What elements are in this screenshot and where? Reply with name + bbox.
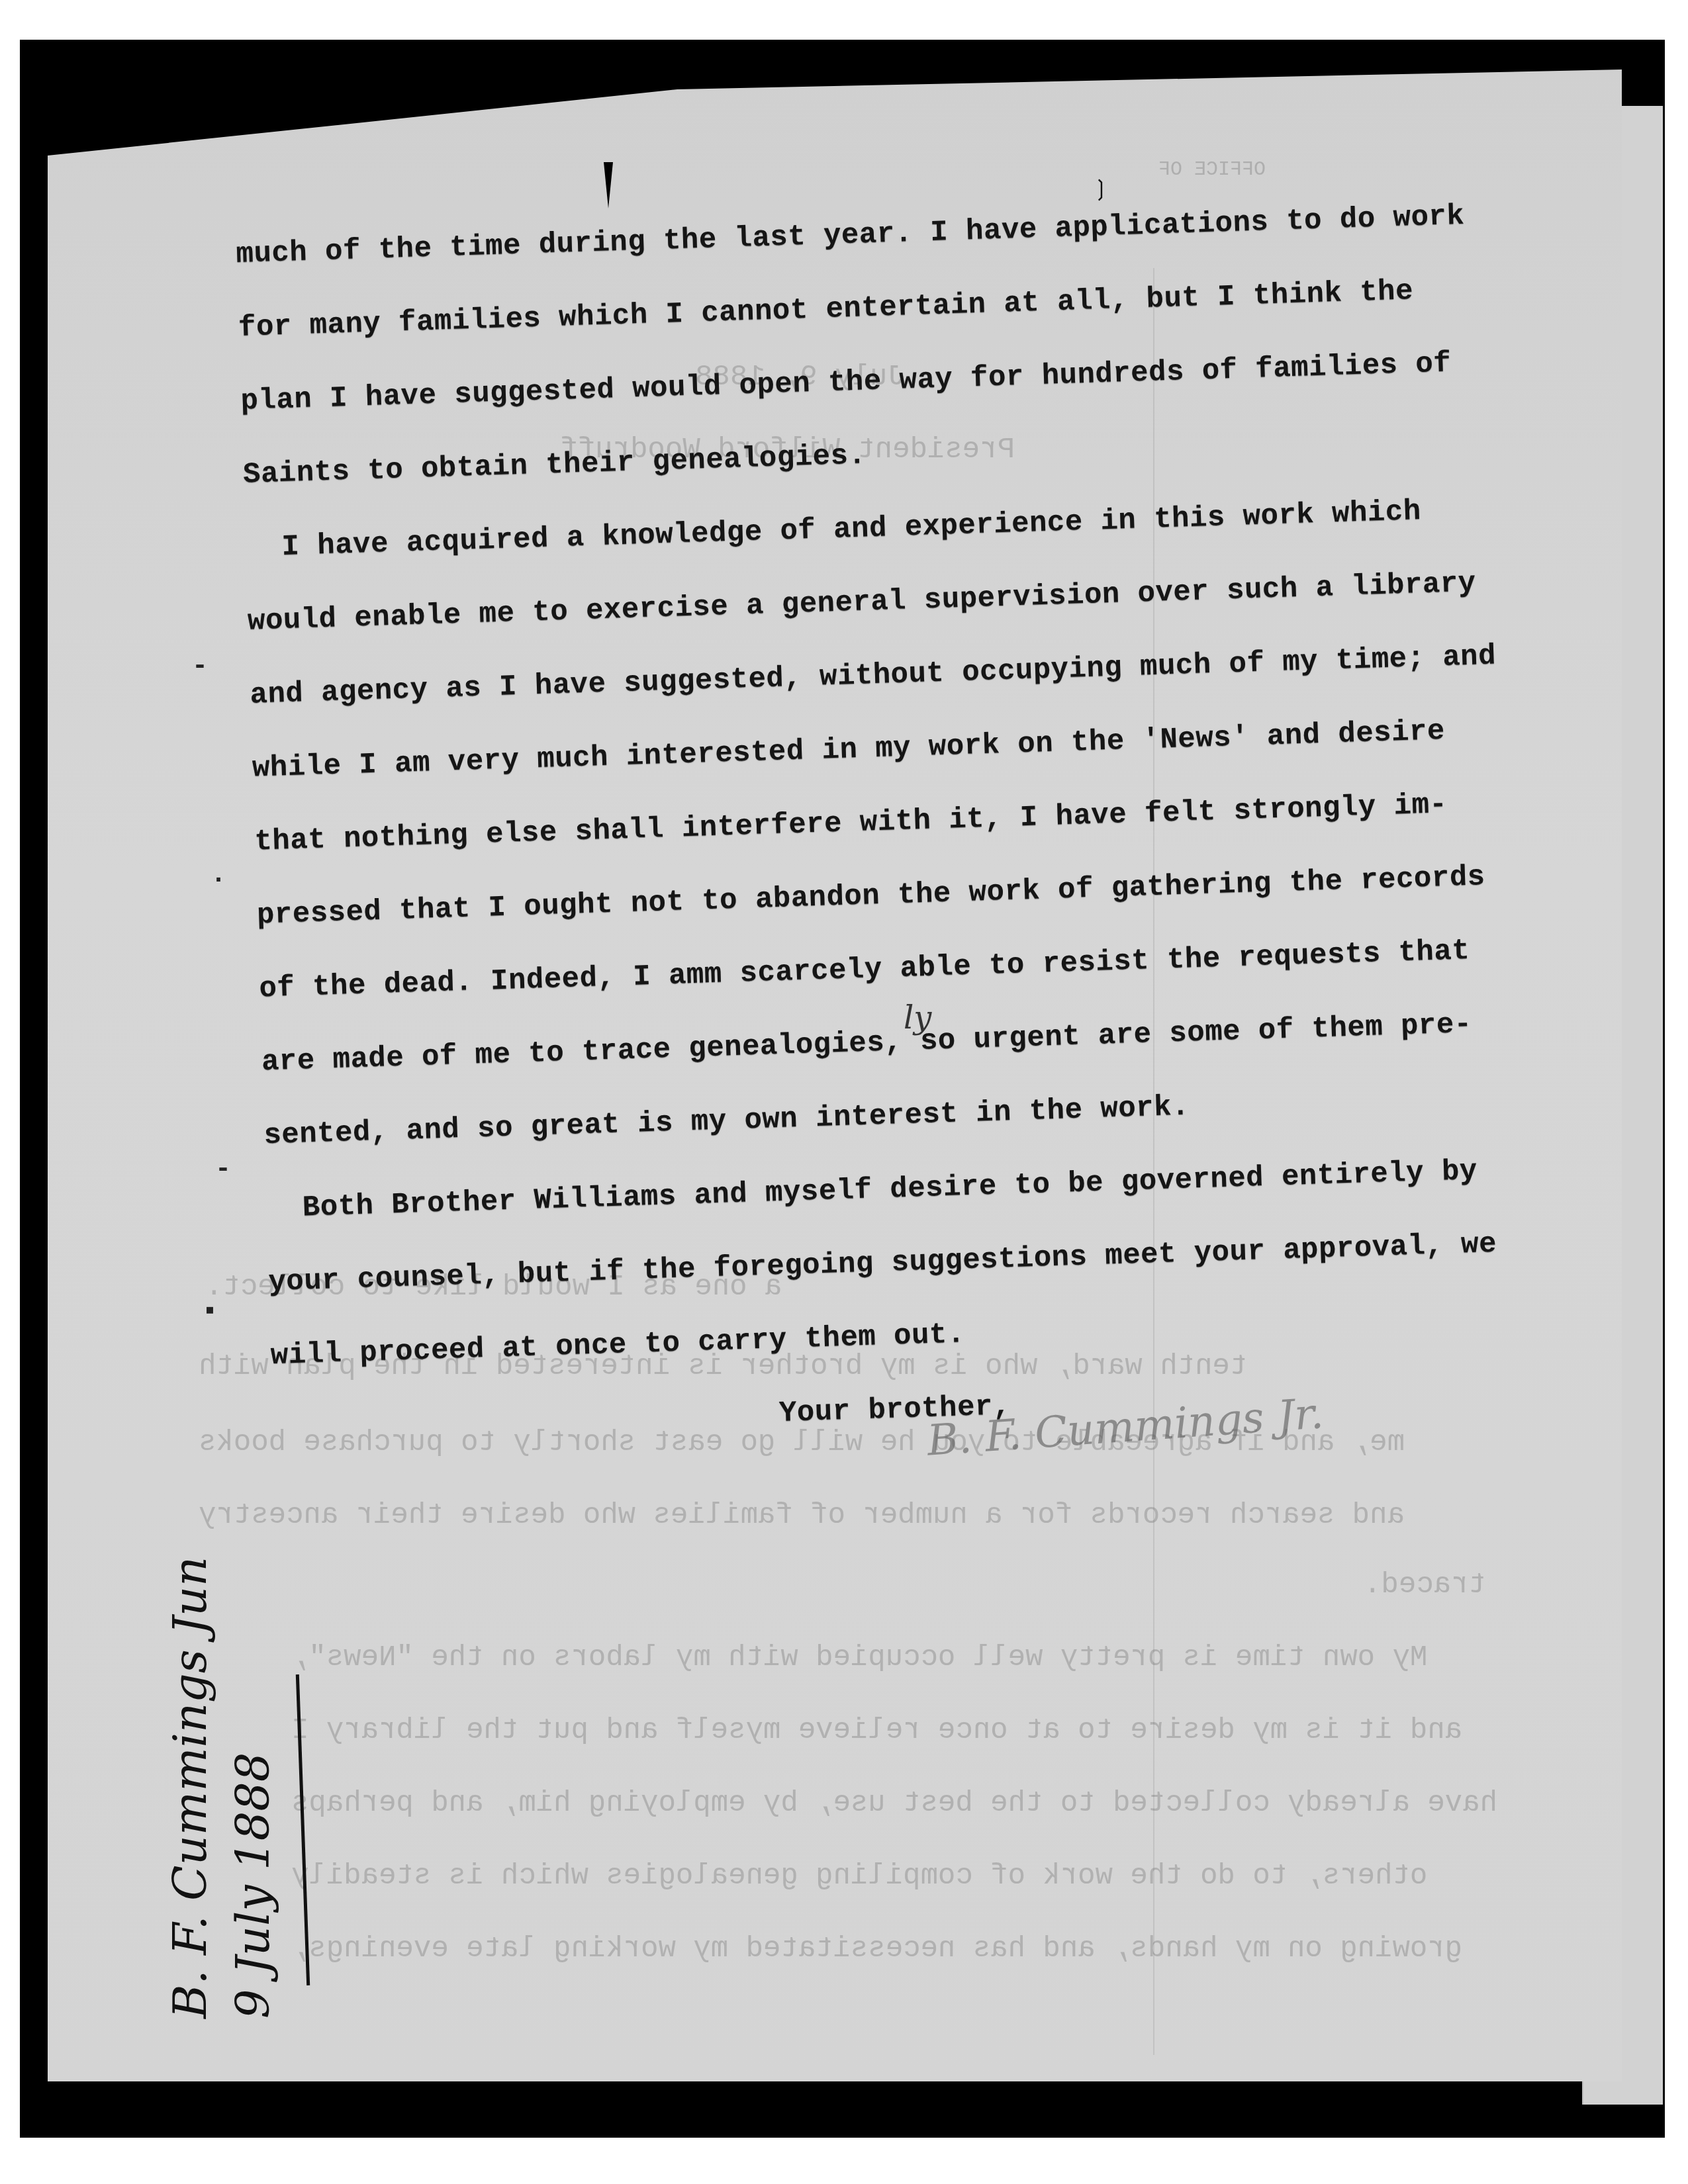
bleed-line: OFFICE OF [1158,159,1266,181]
letter-body: much of the time during the last year. I… [235,179,1531,1467]
margin-mark: - [215,1155,231,1185]
bleed-line: have already collected to the best use, … [291,1787,1497,1820]
paper-tear [604,162,613,208]
docket-note: B. F. Cummings Jun 9 July 1888 [159,1557,285,2019]
docket-name: B. F. Cummings Jun [159,1557,222,2019]
bleed-line: and search records for a number of famil… [199,1499,1405,1532]
bleed-line: others, to do the work of compiling gene… [291,1860,1427,1893]
margin-mark: ▪ [202,1297,218,1327]
bleed-line: and it is my desire to at once relieve m… [291,1714,1462,1747]
docket-date: 9 July 1888 [222,1557,285,2019]
margin-mark: . [211,860,226,890]
bleed-line: growing on my hands, and has necessitate… [291,1933,1462,1966]
bleed-line: traced. [1364,1569,1486,1602]
margin-mark: - [192,652,208,682]
bleed-line: My own time is pretty well occupied with… [291,1641,1427,1674]
handwritten-insertion: ly [904,999,931,1036]
